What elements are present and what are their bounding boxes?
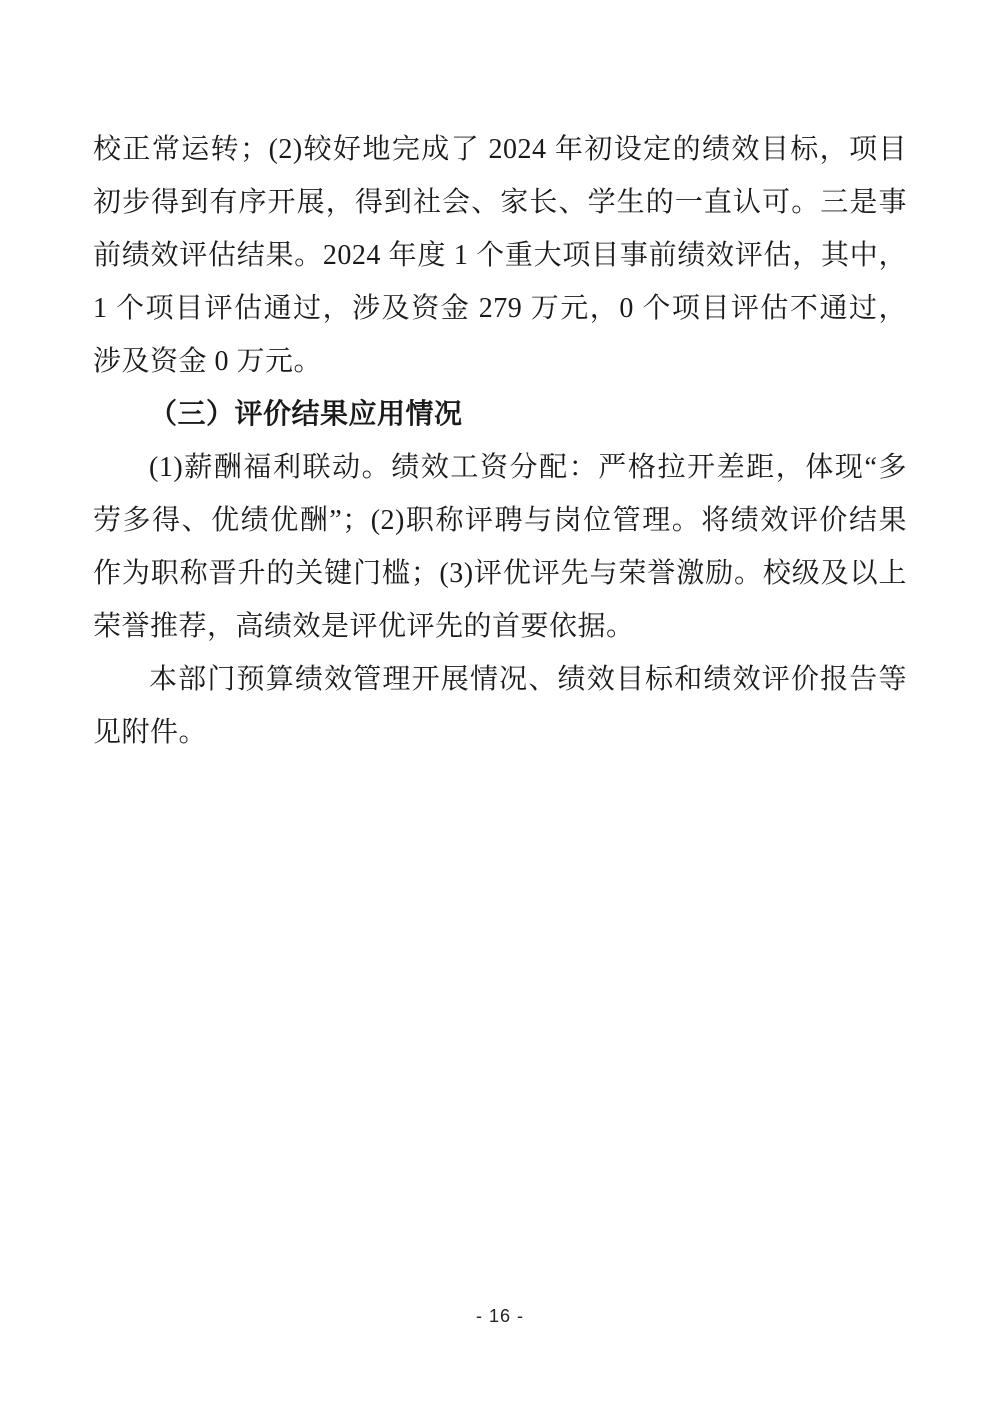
paragraph-results-application-details: (1)薪酬福利联动。绩效工资分配：严格拉开差距，体现“多劳多得、优绩优酬”；(2… — [93, 441, 907, 653]
page-number: - 16 - — [0, 1303, 1000, 1329]
document-page: 校正常运转；(2)较好地完成了 2024 年初设定的绩效目标，项目初步得到有序开… — [0, 0, 1000, 1414]
paragraph-performance-evaluation-continuation: 校正常运转；(2)较好地完成了 2024 年初设定的绩效目标，项目初步得到有序开… — [93, 123, 907, 388]
paragraph-attachment-note: 本部门预算绩效管理开展情况、绩效目标和绩效评价报告等见附件。 — [93, 653, 907, 759]
section-heading-evaluation-results-application: （三）评价结果应用情况 — [93, 388, 907, 441]
document-body: 校正常运转；(2)较好地完成了 2024 年初设定的绩效目标，项目初步得到有序开… — [93, 123, 907, 759]
